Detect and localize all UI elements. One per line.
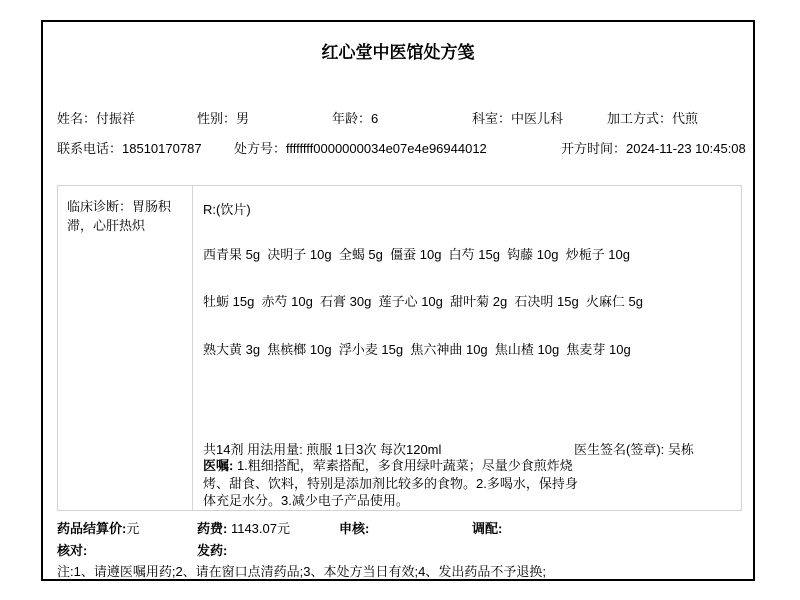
processing-method-field: 加工方式：代煎: [607, 108, 698, 127]
settle-price-value: 元: [126, 521, 139, 536]
prescription-body: 临床诊断：胃肠积滞，心肝热炽 R:(饮片) 西青果 5g 决明子 10g 全蝎 …: [57, 185, 742, 511]
issue-time-field: 开方时间：2024-11-23 10:45:08: [561, 138, 746, 157]
phone-label: 联系电话：: [57, 141, 122, 156]
patient-age-value: 6: [371, 111, 378, 126]
rx-number-value: ffffffff0000000034e07e4e96944012: [286, 141, 487, 156]
processing-method-value: 代煎: [672, 111, 698, 126]
advice-label: 医嘱:: [203, 458, 233, 473]
doctor-signature-name: 吴栋: [668, 442, 694, 457]
patient-age-field: 年龄：6: [332, 108, 378, 127]
issue-time-label: 开方时间：: [561, 141, 626, 156]
footer-note: 注:1、请遵医嘱用药;2、请在窗口点清药品;3、本处方当日有效;4、发出药品不予…: [57, 561, 546, 580]
issue-label: 发药:: [197, 540, 227, 559]
fee-label: 药费:: [197, 521, 227, 536]
herb-line: 熟大黄 3g 焦槟榔 10g 浮小麦 15g 焦六神曲 10g 焦山楂 10g …: [203, 339, 631, 358]
issue-time-value: 2024-11-23 10:45:08: [626, 141, 746, 156]
diagnosis-cell: 临床诊断：胃肠积滞，心肝热炽: [58, 186, 193, 510]
diagnosis-label: 临床诊断：: [67, 199, 132, 214]
doctor-signature-label: 医生签名(签章):: [574, 442, 668, 457]
fee-value: 1143.07元: [227, 521, 290, 536]
patient-gender-label: 性别：: [197, 111, 236, 126]
doctor-advice: 医嘱: 1.粗细搭配，荤素搭配，多食用绿叶蔬菜；尽量少食煎炸烧烤、甜食、饮料，特…: [203, 457, 585, 510]
department-value: 中医儿科: [511, 111, 563, 126]
rx-number-label: 处方号：: [234, 141, 286, 156]
patient-gender-value: 男: [236, 111, 249, 126]
fee-field: 药费: 1143.07元: [197, 518, 290, 537]
processing-method-label: 加工方式：: [607, 111, 672, 126]
department-field: 科室：中医儿科: [472, 108, 563, 127]
settle-price-field: 药品结算价:元: [57, 518, 139, 537]
advice-text: 1.粗细搭配，荤素搭配，多食用绿叶蔬菜；尽量少食煎炸烧烤、甜食、饮料，特别是添加…: [203, 458, 578, 508]
patient-name-label: 姓名：: [57, 111, 96, 126]
page-title: 红心堂中医馆处方笺: [43, 38, 753, 63]
patient-name-value: 付振祥: [96, 111, 135, 126]
patient-name-field: 姓名：付振祥: [57, 108, 135, 127]
check-label: 核对:: [57, 540, 87, 559]
phone-value: 18510170787: [122, 141, 202, 156]
usage-line: 共14剂 用法用量: 煎服 1日3次 每次120ml: [203, 439, 441, 458]
prescription-page: 红心堂中医馆处方笺 姓名：付振祥 性别：男 年龄：6 科室：中医儿科 加工方式：…: [0, 0, 800, 600]
patient-age-label: 年龄：: [332, 111, 371, 126]
phone-field: 联系电话：18510170787: [57, 138, 202, 157]
settle-price-label: 药品结算价:: [57, 521, 126, 536]
rx-number-field: 处方号：ffffffff0000000034e07e4e96944012: [234, 138, 487, 157]
herb-line: 西青果 5g 决明子 10g 全蝎 5g 僵蚕 10g 白芍 15g 钩藤 10…: [203, 244, 630, 263]
herb-line: 牡蛎 15g 赤芍 10g 石膏 30g 莲子心 10g 甜叶菊 2g 石决明 …: [203, 291, 643, 310]
prescription-sheet: 红心堂中医馆处方笺 姓名：付振祥 性别：男 年龄：6 科室：中医儿科 加工方式：…: [41, 20, 755, 581]
dispense-label: 调配:: [472, 518, 502, 537]
patient-gender-field: 性别：男: [197, 108, 249, 127]
review-label: 申核:: [339, 518, 369, 537]
rx-cell: R:(饮片) 西青果 5g 决明子 10g 全蝎 5g 僵蚕 10g 白芍 15…: [193, 186, 741, 510]
department-label: 科室：: [472, 111, 511, 126]
rx-header: R:(饮片): [203, 199, 251, 218]
doctor-signature-field: 医生签名(签章): 吴栋: [574, 439, 694, 458]
